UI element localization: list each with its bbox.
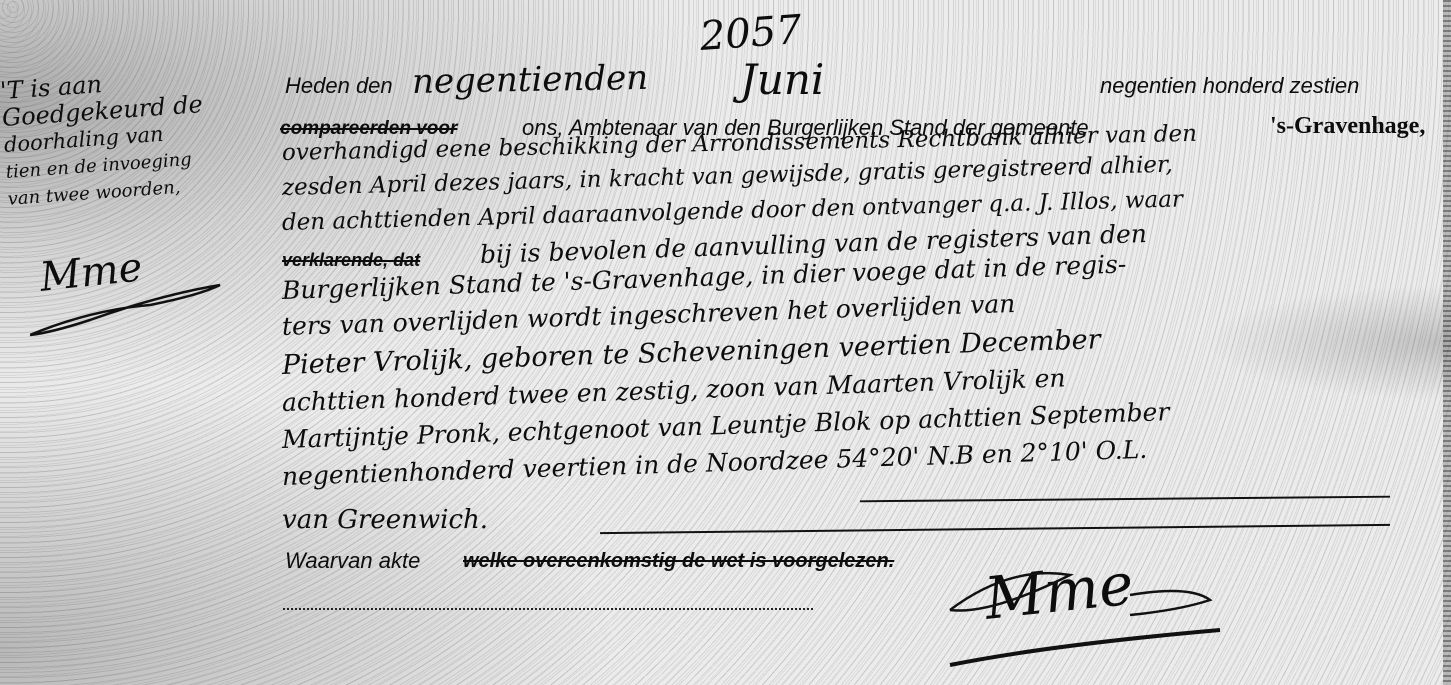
official-signature-flourish-icon bbox=[930, 555, 1260, 675]
dotted-signature-line bbox=[283, 608, 813, 610]
struck-verklarende-dat: verklarende, dat bbox=[282, 250, 420, 271]
record-number: 2057 bbox=[698, 7, 803, 60]
printed-heden-den: Heden den bbox=[285, 73, 393, 99]
hand-month: Juni bbox=[740, 55, 824, 104]
printed-city: 's-Gravenhage, bbox=[1270, 113, 1425, 140]
printed-year: negentien honderd zestien bbox=[1100, 73, 1359, 99]
page-edge bbox=[1443, 0, 1451, 685]
hand-line-13: van Greenwich. bbox=[282, 505, 488, 535]
struck-voorgelezen: welke overeenkomstig de wet is voorgelez… bbox=[463, 550, 894, 573]
printed-waarvan-akte: Waarvan akte bbox=[285, 548, 420, 574]
margin-note: 'T is aan Goedgekeurd de doorhaling van … bbox=[0, 64, 209, 213]
margin-signature-flourish-icon bbox=[30, 265, 230, 345]
hand-day: negentienden bbox=[412, 58, 649, 102]
